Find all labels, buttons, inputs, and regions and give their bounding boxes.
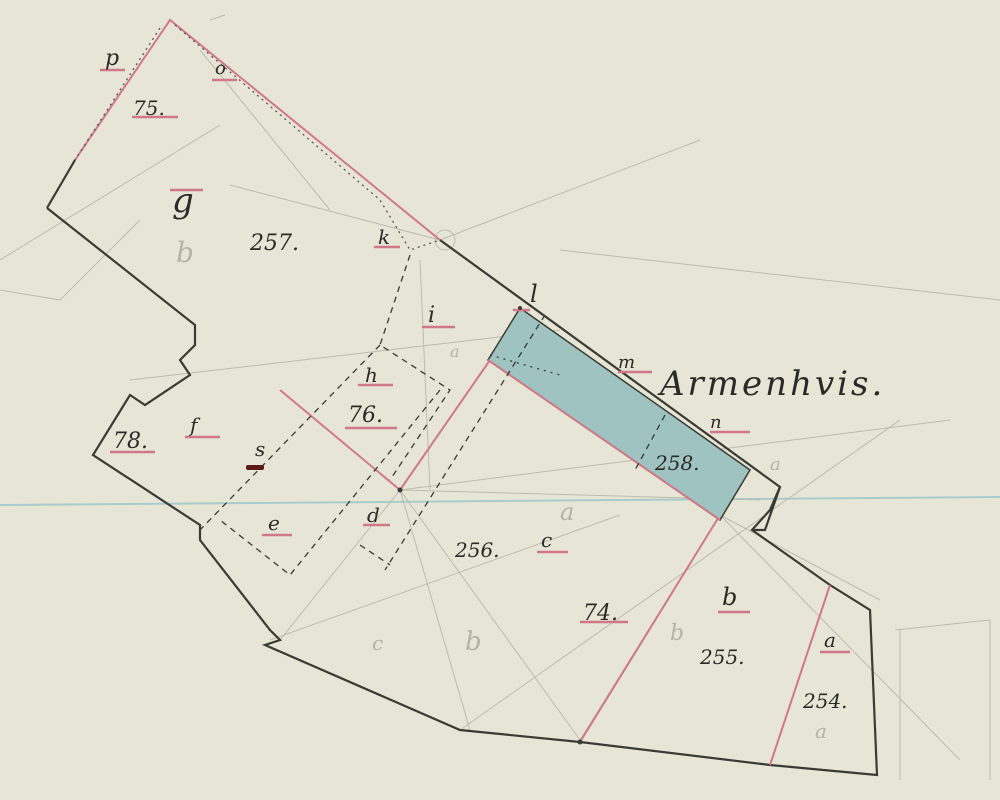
label-256: 256.	[454, 538, 500, 562]
label-75: 75.	[133, 96, 165, 120]
faint-c1: c	[372, 631, 383, 655]
label-a: a	[824, 628, 836, 652]
label-74: 74.	[583, 601, 618, 626]
faint-b3: b	[670, 621, 684, 646]
label-k: k	[378, 225, 390, 249]
label-m: m	[618, 352, 635, 373]
label-b: b	[722, 583, 737, 611]
faint-a3: a	[770, 454, 781, 475]
label-c: c	[541, 528, 552, 552]
label-d: d	[367, 503, 380, 527]
label-l: l	[530, 280, 538, 308]
faint-a2: a	[560, 498, 574, 526]
label-257: 257.	[249, 231, 299, 256]
faint-b1: b	[176, 236, 194, 269]
faint-a4: a	[815, 719, 827, 743]
map-title-armenhvis: Armenhvis.	[657, 364, 885, 404]
label-g: g	[172, 181, 194, 221]
label-s: s	[255, 437, 265, 461]
label-n: n	[710, 412, 722, 433]
label-76: 76.	[348, 403, 383, 428]
label-p: p	[105, 46, 119, 71]
faint-b2: b	[465, 627, 482, 657]
cadastral-map: p o 75. g 257. k l i m Armenhvis. n h 76…	[0, 0, 1000, 800]
label-h: h	[365, 363, 378, 387]
label-78: 78.	[113, 429, 148, 454]
label-i: i	[428, 303, 435, 328]
label-255: 255.	[699, 645, 745, 669]
ink-mark	[246, 465, 264, 470]
label-258: 258.	[654, 451, 700, 475]
label-254: 254.	[802, 689, 848, 713]
faint-a1: a	[450, 342, 460, 361]
label-e: e	[268, 511, 280, 535]
label-o: o	[215, 58, 226, 79]
